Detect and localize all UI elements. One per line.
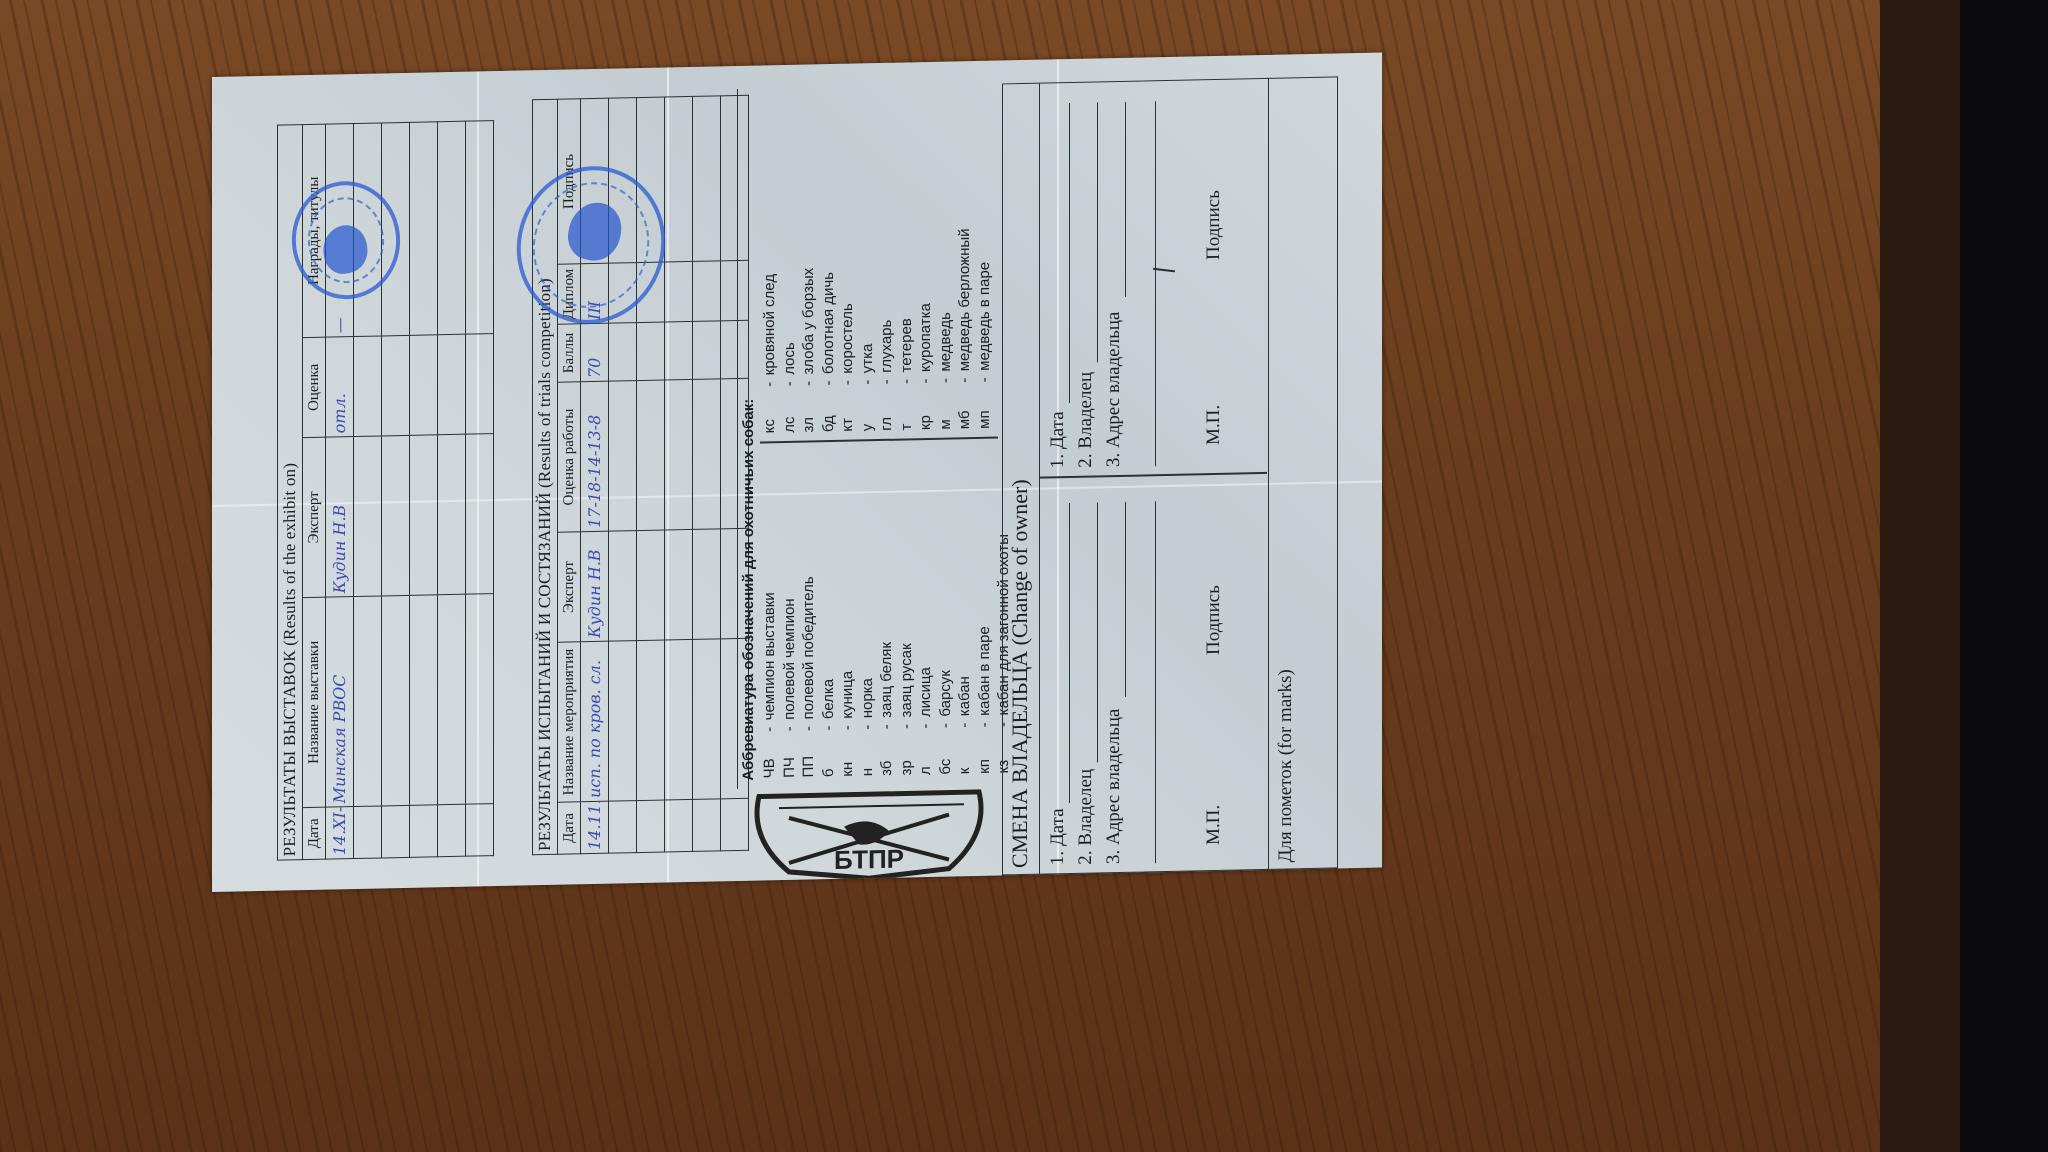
abbreviation-entry: мп-медведь в паре: [975, 228, 995, 429]
exhibit-cell[interactable]: [410, 805, 438, 858]
abbreviation-entry: зл-злоба у борзых: [799, 231, 819, 432]
abbreviation-meaning: кабан в паре: [975, 626, 995, 716]
trials-cell[interactable]: [693, 799, 721, 852]
owner-name-label: 2. Владелец: [1075, 769, 1097, 865]
abbreviation-code: ПП: [799, 737, 819, 777]
abbreviation-meaning: тетерев: [897, 318, 917, 373]
trials-cell[interactable]: [665, 96, 693, 262]
abbreviation-meaning: чемпион выставки: [760, 592, 780, 720]
exhibit-cell[interactable]: отл.: [326, 337, 354, 438]
owner-address-label: 3. Адрес владельца: [1103, 311, 1125, 467]
abbreviation-code: н: [858, 736, 878, 776]
exhibit-cell[interactable]: 14.XI-15.: [326, 807, 354, 860]
trials-cell[interactable]: [637, 640, 665, 801]
abbreviation-code: кн: [838, 736, 858, 776]
abbreviation-meaning: медведь: [936, 312, 956, 372]
marks-section[interactable]: Для пометок (for marks): [1267, 76, 1338, 869]
abbreviation-entry: лс-лось: [780, 232, 800, 433]
seal-label: М.П.: [1203, 405, 1225, 446]
exhibit-row: [410, 122, 438, 858]
owner-address-label: 3. Адрес владельца: [1103, 708, 1125, 864]
abbreviation-entry: м-медведь: [936, 229, 956, 430]
separator: -: [897, 372, 917, 390]
trials-row: [693, 96, 721, 852]
separator: -: [955, 716, 975, 734]
separator: -: [780, 375, 800, 393]
abbreviation-code: зр: [897, 735, 917, 775]
abbreviation-code: гл: [877, 391, 897, 431]
exhibit-cell[interactable]: [410, 122, 438, 336]
abbreviation-meaning: лось: [780, 342, 800, 375]
abbreviation-meaning: кабан: [955, 676, 975, 717]
trials-cell[interactable]: Кудин Н.В: [581, 531, 609, 642]
abbreviation-code: мб: [955, 389, 975, 429]
abbreviation-meaning: утка: [858, 343, 878, 373]
abbreviation-meaning: полевой победитель: [799, 576, 819, 719]
dog-pedigree-document: РЕЗУЛЬТАТЫ ВЫСТАВОК (Results of the exhi…: [212, 52, 1382, 892]
trials-column-header: Дата: [558, 802, 581, 854]
pen-mark: [1153, 268, 1175, 273]
abbreviation-entry: мб-медведь берложный: [955, 228, 975, 429]
trials-cell[interactable]: [693, 96, 721, 262]
owner-address-field[interactable]: [1125, 102, 1126, 297]
abbreviations-title: Аббревиатура обозначений для охотничьих …: [740, 399, 757, 781]
abbreviation-entry: ЧВ-чемпион выставки: [760, 539, 780, 779]
exhibit-cell[interactable]: Кудин Н.В: [326, 437, 354, 598]
abbreviation-entry: гл-глухарь: [877, 230, 897, 431]
abbreviation-code: кт: [838, 391, 858, 431]
separator: -: [780, 720, 800, 738]
exhibit-cell[interactable]: [410, 335, 438, 436]
trials-column-header: Название мероприятия: [558, 642, 581, 802]
separator: -: [975, 716, 995, 734]
abbreviation-code: м: [936, 389, 956, 429]
exhibit-cell[interactable]: [410, 435, 438, 596]
abbreviation-entry: н-норка: [858, 537, 878, 777]
abbreviation-meaning: коростель: [838, 303, 858, 374]
exhibit-cell[interactable]: [438, 804, 466, 857]
separator: -: [760, 720, 780, 738]
exhibit-row: [438, 121, 466, 857]
separator: -: [819, 374, 839, 392]
separator: -: [936, 716, 956, 734]
abbreviation-entry: зб-заяц беляк: [877, 536, 897, 776]
trials-cell[interactable]: 17-18-14-13-8: [581, 381, 609, 532]
exhibit-cell[interactable]: [354, 596, 382, 807]
abbreviation-meaning: заяц беляк: [877, 642, 897, 718]
abbreviation-code: ПЧ: [780, 738, 800, 778]
trials-cell[interactable]: [665, 321, 693, 380]
abbreviation-code: кп: [975, 734, 995, 774]
exhibit-cell[interactable]: [382, 335, 410, 436]
abbreviations-right-column: кс-кровяной следлс-лосьзл-злоба у борзых…: [760, 228, 994, 434]
separator: -: [916, 717, 936, 735]
abbreviations-section: Аббревиатура обозначений для охотничьих …: [737, 83, 1003, 789]
trials-cell[interactable]: [693, 639, 721, 800]
separator: -: [877, 718, 897, 736]
abbreviation-code: лс: [780, 393, 800, 433]
exhibit-cell[interactable]: [466, 334, 494, 435]
abbreviation-code: мп: [975, 389, 995, 429]
owner-date-label: 1. Дата: [1047, 808, 1069, 865]
abbreviation-entry: б-белка: [819, 537, 839, 777]
exhibit-row: [466, 121, 494, 857]
abbreviation-meaning: лисица: [916, 667, 936, 717]
abbreviation-meaning: барсук: [936, 670, 956, 717]
separator: -: [975, 371, 995, 389]
trials-column-header: Оценка работы: [558, 382, 581, 532]
exhibit-column-header: Название выставки: [303, 597, 326, 807]
trials-cell[interactable]: [609, 381, 637, 532]
trials-cell[interactable]: [637, 530, 665, 641]
trials-cell[interactable]: 14.11.15: [581, 801, 609, 854]
separator: -: [877, 373, 897, 391]
trials-column-header: Эксперт: [558, 532, 581, 642]
abbreviation-code: б: [819, 737, 839, 777]
exhibit-cell[interactable]: [438, 121, 466, 335]
trials-cell[interactable]: [637, 380, 665, 531]
abbreviation-meaning: куропатка: [916, 303, 936, 372]
abbreviation-entry: бд-болотная дичь: [819, 231, 839, 432]
owner-date-field[interactable]: [1069, 503, 1070, 803]
exhibit-cell[interactable]: [466, 434, 494, 595]
change-of-owner-title: СМЕНА ВЛАДЕЛЬЦА (Change of owner): [1007, 479, 1033, 868]
abbreviation-code: зб: [877, 736, 897, 776]
abbreviation-meaning: медведь берложный: [955, 228, 975, 371]
separator: -: [955, 371, 975, 389]
exhibit-column-header: Оценка: [303, 337, 326, 437]
exhibit-cell[interactable]: [438, 594, 466, 805]
signature-label: Подпись: [1203, 190, 1225, 260]
trials-cell[interactable]: [609, 531, 637, 642]
abbreviation-entry: кс-кровяной след: [760, 232, 780, 433]
trials-cell[interactable]: исп. по кров. сл.: [581, 641, 609, 802]
abbreviation-code: бс: [936, 734, 956, 774]
abbreviation-meaning: белка: [819, 679, 839, 720]
seal-label: М.П.: [1203, 805, 1225, 846]
abbreviation-entry: т-тетерев: [897, 229, 917, 430]
trials-cell[interactable]: [665, 529, 693, 640]
separator: -: [936, 371, 956, 389]
trials-cell[interactable]: [609, 641, 637, 802]
abbreviation-entry: бс-барсук: [936, 535, 956, 775]
abbreviation-entry: л-лисица: [916, 535, 936, 775]
exhibit-cell[interactable]: [354, 336, 382, 437]
abbreviation-code: зл: [799, 392, 819, 432]
trials-cell[interactable]: [609, 801, 637, 854]
btpr-logo: БТПР: [737, 783, 1002, 881]
exhibit-cell[interactable]: Минская РВОС: [326, 597, 354, 808]
exhibit-cell[interactable]: [382, 805, 410, 858]
svg-text:БТПР: БТПР: [834, 844, 904, 875]
abbreviation-code: л: [916, 735, 936, 775]
abbreviation-entry: зр-заяц русак: [897, 536, 917, 776]
trials-cell[interactable]: [665, 379, 693, 530]
trials-row: [665, 96, 693, 852]
exhibit-cell[interactable]: [382, 435, 410, 596]
trials-cell[interactable]: [609, 323, 637, 382]
abbreviation-meaning: кровяной след: [760, 274, 780, 376]
signature-label: Подпись: [1203, 585, 1225, 655]
separator: -: [799, 374, 819, 392]
exhibit-cell[interactable]: [410, 595, 438, 806]
trials-cell[interactable]: [665, 799, 693, 852]
exhibit-cell[interactable]: [382, 595, 410, 806]
abbreviation-code: бд: [819, 392, 839, 432]
abbreviation-meaning: болотная дичь: [819, 272, 839, 375]
separator: -: [897, 717, 917, 735]
trials-cell[interactable]: [693, 379, 721, 530]
owner-address-field[interactable]: [1125, 502, 1126, 697]
trials-column-header: Баллы: [558, 324, 581, 382]
separator: -: [838, 718, 858, 736]
separator: -: [916, 372, 936, 390]
abbreviation-meaning: норка: [858, 678, 878, 719]
abbreviation-meaning: злоба у борзых: [799, 268, 819, 375]
separator: -: [838, 373, 858, 391]
abbreviation-entry: ПП-полевой победитель: [799, 538, 819, 778]
owner-date-label: 1. Дата: [1047, 411, 1069, 468]
abbreviation-code: к: [955, 734, 975, 774]
abbreviation-code: т: [897, 390, 917, 430]
abbreviation-entry: ПЧ-полевой чемпион: [780, 538, 800, 778]
abbreviation-meaning: заяц русак: [897, 643, 917, 717]
separator: -: [799, 719, 819, 737]
owner-date-field[interactable]: [1069, 103, 1070, 403]
trials-cell[interactable]: [693, 529, 721, 640]
exhibit-cell[interactable]: [438, 334, 466, 435]
owner-name-field[interactable]: [1097, 102, 1098, 362]
abbreviations-left-column: ЧВ-чемпион выставкиПЧ-полевой чемпионПП-…: [760, 534, 1014, 779]
exhibit-column-header: Эксперт: [303, 437, 326, 597]
owner-address-field-2[interactable]: [1155, 101, 1156, 466]
abbreviation-entry: к-кабан: [955, 535, 975, 775]
exhibit-cell[interactable]: [438, 434, 466, 595]
exhibit-cell[interactable]: [354, 436, 382, 597]
trials-cell[interactable]: [637, 800, 665, 853]
abbreviation-meaning: медведь в паре: [975, 262, 995, 371]
owner-address-field-2[interactable]: [1155, 501, 1156, 863]
abbreviation-code: ЧВ: [760, 738, 780, 778]
separator: -: [858, 718, 878, 736]
abbreviation-meaning: полевой чемпион: [780, 598, 800, 720]
abbreviation-entry: кр-куропатка: [916, 229, 936, 430]
exhibit-column-header: Дата: [303, 807, 326, 859]
separator: -: [760, 375, 780, 393]
trials-cell[interactable]: [665, 261, 693, 322]
change-of-owner-section: СМЕНА ВЛАДЕЛЬЦА (Change of owner) 1. Дат…: [1002, 78, 1269, 876]
separator: -: [819, 719, 839, 737]
abbreviation-meaning: глухарь: [877, 319, 897, 373]
marks-label: Для пометок (for marks): [1275, 669, 1297, 863]
exhibit-cell[interactable]: [354, 806, 382, 859]
abbreviation-code: кр: [916, 390, 936, 430]
owner-name-field[interactable]: [1097, 502, 1098, 762]
exhibit-cell[interactable]: [466, 121, 494, 335]
abbreviation-entry: кн-куница: [838, 537, 858, 777]
owner-name-label: 2. Владелец: [1075, 372, 1097, 468]
abbreviation-code: кс: [760, 393, 780, 433]
abbreviation-entry: у-утка: [858, 230, 878, 431]
abbreviation-meaning: куница: [838, 671, 858, 719]
abbreviation-entry: кп-кабан в паре: [975, 534, 995, 774]
trials-cell[interactable]: [665, 639, 693, 800]
abbreviation-entry: кт-коростель: [838, 231, 858, 432]
trials-cell[interactable]: [693, 321, 721, 380]
exhibit-cell[interactable]: [466, 804, 494, 857]
trials-cell[interactable]: [693, 261, 721, 322]
abbreviation-code: у: [858, 391, 878, 431]
trials-cell[interactable]: [637, 322, 665, 381]
separator: -: [858, 373, 878, 391]
exhibit-cell[interactable]: [466, 594, 494, 805]
trials-cell[interactable]: 70: [581, 323, 609, 382]
